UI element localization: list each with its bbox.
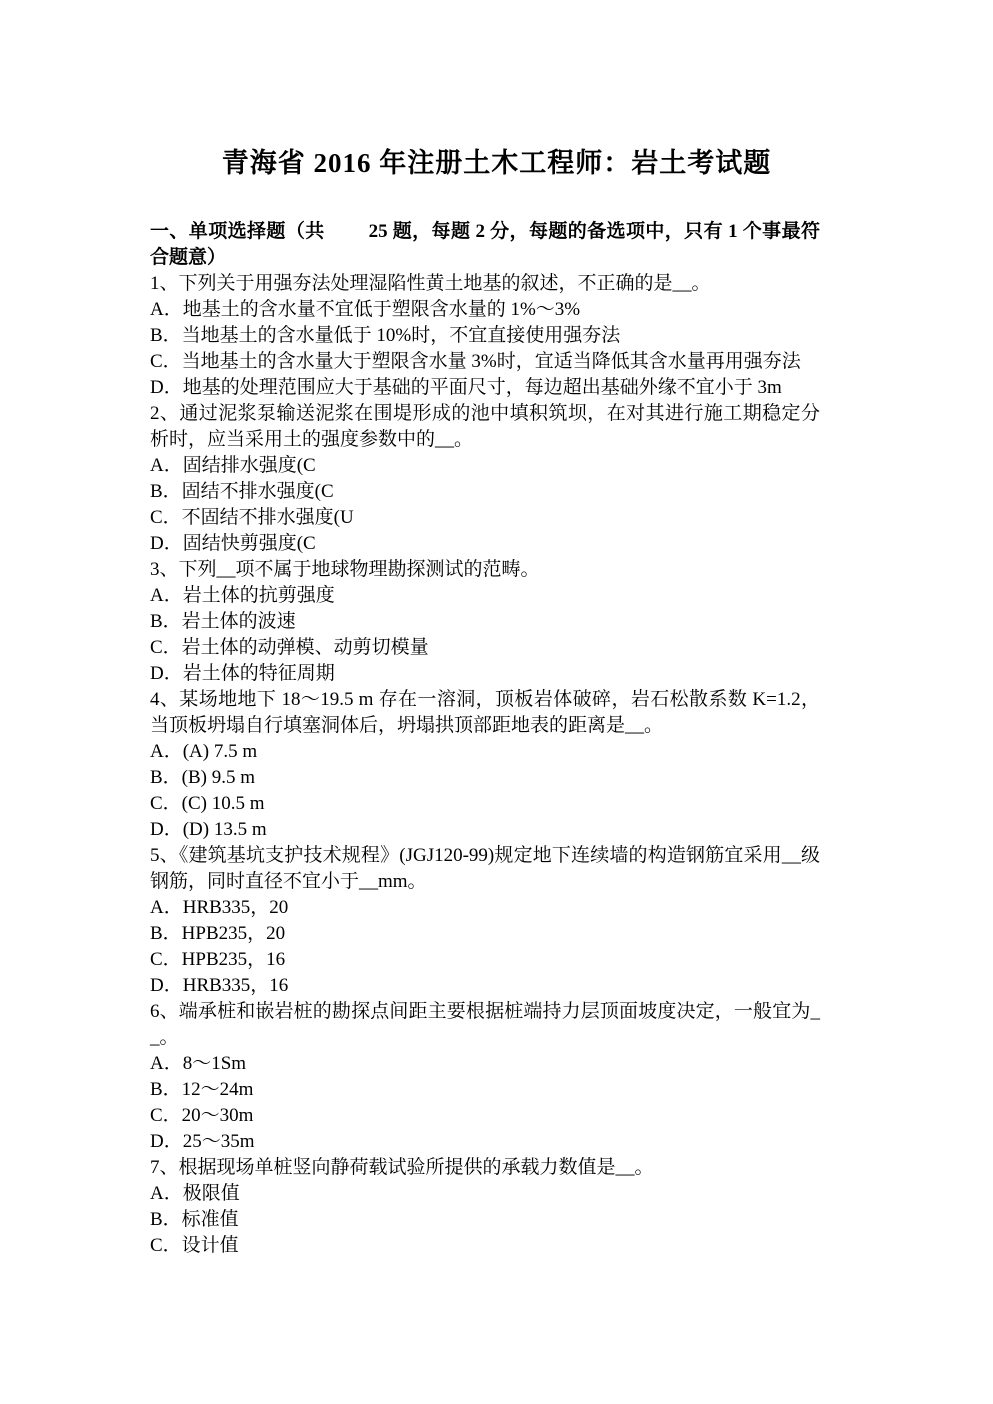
question-3-option-d: D．岩土体的特征周期 [150, 661, 820, 687]
question-1-option-a: A．地基土的含水量不宜低于塑限含水量的 1%～3% [150, 297, 820, 323]
question-3: 3、下列__项不属于地球物理勘探测试的范畴。 A．岩土体的抗剪强度 B．岩土体的… [150, 557, 820, 687]
question-5-option-c: C．HPB235，16 [150, 947, 820, 973]
question-5-stem: 5、《建筑基坑支护技术规程》(JGJ120-99)规定地下连续墙的构造钢筋宜采用… [150, 843, 820, 895]
question-4-stem: 4、某场地地下 18～19.5 m 存在一溶洞，顶板岩体破碎，岩石松散系数 K=… [150, 687, 820, 739]
question-4-option-b: B．(B) 9.5 m [150, 765, 820, 791]
question-2-option-c: C．不固结不排水强度(U [150, 505, 820, 531]
document-page: 青海省 2016 年注册土木工程师：岩土考试题 一、单项选择题（共 25 题，每… [0, 0, 993, 1404]
question-2-stem: 2、通过泥浆泵输送泥浆在围堤形成的池中填积筑坝，在对其进行施工期稳定分析时，应当… [150, 401, 820, 453]
document-body: 一、单项选择题（共 25 题，每题 2 分，每题的备选项中，只有 1 个事最符合… [150, 219, 820, 1259]
question-3-option-c: C．岩土体的动弹模、动剪切模量 [150, 635, 820, 661]
question-5-option-a: A．HRB335，20 [150, 895, 820, 921]
question-1-stem: 1、下列关于用强夯法处理湿陷性黄土地基的叙述，不正确的是__。 [150, 271, 820, 297]
question-5-option-d: D．HRB335，16 [150, 973, 820, 999]
question-7-option-a: A．极限值 [150, 1181, 820, 1207]
question-1-option-d: D．地基的处理范围应大于基础的平面尺寸，每边超出基础外缘不宜小于 3m [150, 375, 820, 401]
page-title: 青海省 2016 年注册土木工程师：岩土考试题 [0, 0, 993, 181]
question-6-stem: 6、端承桩和嵌岩桩的勘探点间距主要根据桩端持力层顶面坡度决定，一般宜为__。 [150, 999, 820, 1051]
section-header: 一、单项选择题（共 25 题，每题 2 分，每题的备选项中，只有 1 个事最符合… [150, 219, 820, 271]
question-6-option-d: D．25～35m [150, 1129, 820, 1155]
question-5-option-b: B．HPB235，20 [150, 921, 820, 947]
question-4-option-a: A．(A) 7.5 m [150, 739, 820, 765]
question-6-option-a: A．8～1Sm [150, 1051, 820, 1077]
question-5: 5、《建筑基坑支护技术规程》(JGJ120-99)规定地下连续墙的构造钢筋宜采用… [150, 843, 820, 999]
question-7-option-c: C．设计值 [150, 1233, 820, 1259]
question-7: 7、根据现场单桩竖向静荷载试验所提供的承载力数值是__。 A．极限值 B．标准值… [150, 1155, 820, 1259]
question-3-option-a: A．岩土体的抗剪强度 [150, 583, 820, 609]
question-1-option-c: C．当地基土的含水量大于塑限含水量 3%时，宜适当降低其含水量再用强夯法 [150, 349, 820, 375]
question-2-option-a: A．固结排水强度(C [150, 453, 820, 479]
question-2: 2、通过泥浆泵输送泥浆在围堤形成的池中填积筑坝，在对其进行施工期稳定分析时，应当… [150, 401, 820, 557]
question-7-stem: 7、根据现场单桩竖向静荷载试验所提供的承载力数值是__。 [150, 1155, 820, 1181]
question-6-option-b: B．12～24m [150, 1077, 820, 1103]
question-1-option-b: B．当地基土的含水量低于 10%时，不宜直接使用强夯法 [150, 323, 820, 349]
question-2-option-b: B．固结不排水强度(C [150, 479, 820, 505]
question-6: 6、端承桩和嵌岩桩的勘探点间距主要根据桩端持力层顶面坡度决定，一般宜为__。 A… [150, 999, 820, 1155]
question-1: 1、下列关于用强夯法处理湿陷性黄土地基的叙述，不正确的是__。 A．地基土的含水… [150, 271, 820, 401]
question-4-option-d: D．(D) 13.5 m [150, 817, 820, 843]
question-4-option-c: C．(C) 10.5 m [150, 791, 820, 817]
question-7-option-b: B．标准值 [150, 1207, 820, 1233]
question-4: 4、某场地地下 18～19.5 m 存在一溶洞，顶板岩体破碎，岩石松散系数 K=… [150, 687, 820, 843]
question-2-option-d: D．固结快剪强度(C [150, 531, 820, 557]
question-6-option-c: C．20～30m [150, 1103, 820, 1129]
question-3-option-b: B．岩土体的波速 [150, 609, 820, 635]
question-3-stem: 3、下列__项不属于地球物理勘探测试的范畴。 [150, 557, 820, 583]
